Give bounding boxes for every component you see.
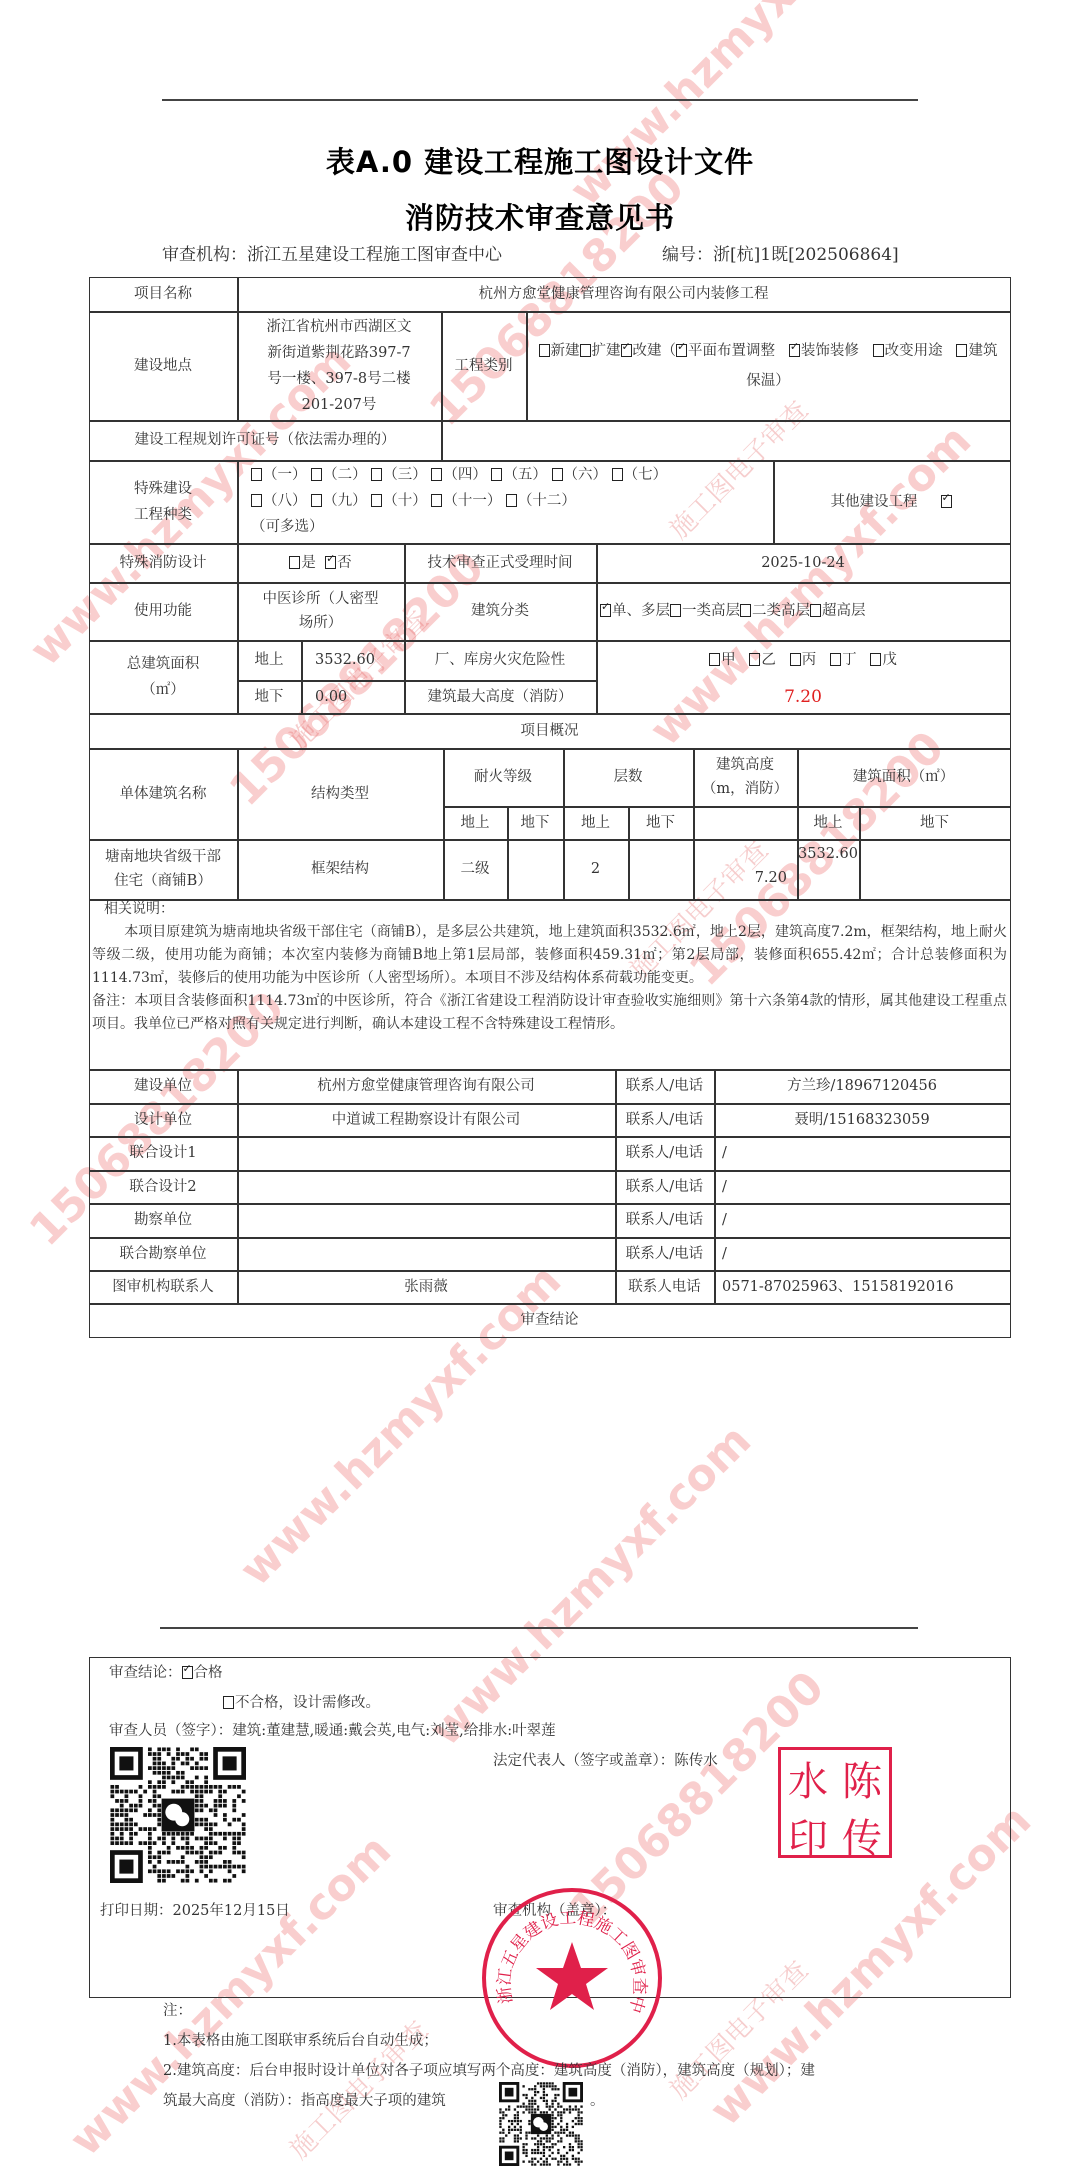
checkbox-icon	[580, 344, 591, 357]
special-options-row2: （八） （九） （十） （十一） （十二）	[251, 488, 769, 514]
checkbox-icon	[870, 653, 881, 666]
special-fire-options: 是 否	[237, 543, 404, 582]
checked-box-icon	[325, 556, 336, 569]
unit-label: 勘察单位	[89, 1203, 237, 1237]
site-label: 建设地点	[89, 311, 237, 420]
hazard-label: 厂、库房火灾危险性	[404, 640, 596, 680]
checkbox-icon	[371, 468, 382, 481]
unit-label: 设计单位	[89, 1103, 237, 1136]
conclusion-line: 审查结论：合格	[109, 1661, 223, 1682]
accept-time: 2025-10-24	[596, 543, 1010, 582]
checkbox-special-12[interactable]: （十二）	[506, 493, 576, 509]
accept-time-label: 技术审查正式受理时间	[404, 543, 596, 582]
note-item: 1.本表格由施工图联审系统后台自动生成；	[163, 2029, 438, 2050]
description-heading: 相关说明：	[92, 898, 1007, 921]
contact-value: /	[714, 1237, 1010, 1270]
special-type-options: （一） （二） （三） （四） （五） （六） （七） （八） （九） （十） …	[237, 460, 773, 543]
unit-name	[237, 1237, 615, 1270]
contact-label: 联系人/电话	[615, 1103, 714, 1136]
reviewers: 审查人员（签字）：建筑:董建慧,暖通:戴会英,电气:刘莹,给排水:叶翠莲	[109, 1719, 556, 1740]
checkbox-fail[interactable]: 不合格，设计需修改。	[223, 1691, 380, 1712]
checkbox-icon	[810, 604, 821, 617]
radio-no[interactable]: 否	[325, 550, 352, 576]
checkbox-change-use[interactable]: 改变用途	[873, 343, 943, 359]
checkbox-icon	[491, 468, 502, 481]
contact-label: 联系人/电话	[615, 1069, 714, 1103]
floors-below	[628, 839, 693, 899]
checkbox-rebuild[interactable]: 改建（	[621, 343, 677, 359]
unit-name: 杭州方愈堂健康管理咨询有限公司	[237, 1069, 615, 1103]
checkbox-icon	[749, 653, 760, 666]
checked-box-icon	[676, 344, 687, 357]
floors-above: 2	[563, 839, 628, 899]
checked-box-icon	[182, 1666, 193, 1679]
max-height-value: 7.20	[596, 680, 1010, 713]
category-options: 新建扩建改建（平面布置调整 装饰装修 改变用途 建筑保温）	[526, 311, 1010, 420]
checkbox-hazard-d[interactable]: 丁	[830, 647, 857, 673]
unit-name	[237, 1170, 615, 1203]
star-icon: 浙江五星建设工程施工图审查中心	[486, 1892, 658, 2064]
print-date: 打印日期：2025年12月15日	[100, 1899, 290, 1920]
fire-rating-below	[507, 839, 563, 899]
above-area: 3532.60	[301, 640, 404, 680]
building-name: 塘南地块省级干部住宅（商铺B）	[89, 839, 237, 899]
checkbox-special-8[interactable]: （八）	[251, 493, 307, 509]
legal-representative: 法定代表人（签字或盖章）：陈传水	[493, 1749, 718, 1770]
contact-label: 联系人/电话	[615, 1136, 714, 1170]
checkbox-icon	[790, 653, 801, 666]
checkbox-icon	[670, 604, 681, 617]
checkbox-class2-high[interactable]: 二类高层	[740, 598, 810, 624]
related-description: 相关说明： 本项目原建筑为塘南地块省级干部住宅（商铺B），是多层公共建筑，地上建…	[92, 898, 1007, 1036]
col-height: 建筑高度（m，消防）	[693, 748, 797, 806]
personal-seal-stamp: 水陈 印传	[778, 1747, 892, 1858]
special-fire-label: 特殊消防设计	[89, 543, 237, 582]
overview-title: 项目概况	[89, 713, 1010, 748]
unit-label: 图审机构联系人	[89, 1270, 237, 1303]
col-area-below: 地下	[859, 806, 1010, 839]
col-fire-below: 地下	[507, 806, 563, 839]
unit-label: 联合设计1	[89, 1136, 237, 1170]
description-body: 本项目原建筑为塘南地块省级干部住宅（商铺B），是多层公共建筑，地上建筑面积353…	[92, 921, 1007, 990]
checkbox-icon	[431, 468, 442, 481]
col-structure: 结构类型	[237, 748, 443, 839]
checkbox-low-rise[interactable]: 单、多层	[600, 598, 670, 624]
building-class-options: 单、多层一类高层二类高层超高层	[596, 582, 1010, 640]
contact-value: /	[714, 1170, 1010, 1203]
checkbox-special-6[interactable]: （六）	[552, 467, 608, 483]
permit-label: 建设工程规划许可证号（依法需办理的）	[89, 420, 441, 460]
checked-box-icon[interactable]	[941, 495, 952, 508]
col-area: 建筑面积（㎡）	[797, 748, 1010, 806]
checkbox-icon	[552, 468, 563, 481]
checkbox-new[interactable]: 新建	[539, 343, 580, 359]
checkbox-extend[interactable]: 扩建	[580, 343, 621, 359]
special-options-row1: （一） （二） （三） （四） （五） （六） （七）	[251, 462, 769, 488]
checkbox-layout[interactable]: 平面布置调整	[676, 343, 775, 359]
unit-name	[237, 1203, 615, 1237]
below-area: 0.00	[301, 680, 404, 713]
checkbox-icon	[956, 344, 967, 357]
checkbox-icon	[539, 344, 550, 357]
checkbox-icon	[311, 494, 322, 507]
checkbox-hazard-a[interactable]: 甲	[709, 647, 736, 673]
review-org: 审查机构：浙江五星建设工程施工图审查中心	[162, 240, 502, 265]
document-number: 编号：浙[杭]1既[202506864]	[662, 240, 899, 265]
fire-rating-above: 二级	[443, 839, 507, 899]
project-name: 杭州方愈堂健康管理咨询有限公司内装修工程	[237, 277, 1010, 311]
second-rule	[160, 1627, 918, 1629]
building-class-label: 建筑分类	[404, 582, 596, 640]
other-construction[interactable]: 其他建设工程	[773, 460, 1010, 543]
special-type-label: 特殊建设工程种类	[89, 460, 237, 543]
col-floors: 层数	[563, 748, 693, 806]
area-above: 3532.60	[797, 839, 859, 869]
checkbox-hazard-e[interactable]: 戊	[870, 647, 897, 673]
unit-label: 联合勘察单位	[89, 1237, 237, 1270]
category-label: 工程类别	[441, 311, 526, 420]
checkbox-icon	[873, 344, 884, 357]
permit-value	[441, 420, 1010, 460]
above-label: 地上	[237, 640, 301, 680]
note-trailing: 。	[590, 2089, 605, 2110]
contact-value: /	[714, 1203, 1010, 1237]
total-area-label: 总建筑面积（㎡）	[89, 640, 237, 713]
contact-label: 联系人/电话	[615, 1203, 714, 1237]
checkbox-pass[interactable]: 合格	[182, 1665, 223, 1681]
checkbox-icon	[289, 556, 300, 569]
checkbox-special-4[interactable]: （四）	[431, 467, 487, 483]
contact-label: 联系人/电话	[615, 1237, 714, 1270]
checkbox-icon	[311, 468, 322, 481]
checkbox-hazard-b[interactable]: 乙	[749, 647, 776, 673]
page-subtitle: 消防技术审查意见书	[0, 196, 1080, 237]
wechat-qr-code-small	[499, 2082, 583, 2166]
checkbox-icon	[830, 653, 841, 666]
checkbox-special-5[interactable]: （五）	[491, 467, 547, 483]
checkbox-decoration[interactable]: 装饰装修	[789, 343, 859, 359]
checkbox-super-high[interactable]: 超高层	[810, 598, 866, 624]
org-round-seal: 浙江五星建设工程施工图审查中心	[482, 1888, 662, 2068]
checkbox-icon	[709, 653, 720, 666]
col-floors-above: 地上	[563, 806, 628, 839]
checkbox-icon	[612, 468, 623, 481]
project-name-label: 项目名称	[89, 277, 237, 311]
below-label: 地下	[237, 680, 301, 713]
structure-type: 框架结构	[237, 839, 443, 899]
contact-value: 0571-87025963、15158192016	[714, 1270, 1010, 1303]
unit-name: 中道诚工程勘察设计有限公司	[237, 1103, 615, 1136]
checkbox-special-9[interactable]: （九）	[311, 493, 367, 509]
checkbox-class1-high[interactable]: 一类高层	[670, 598, 740, 624]
col-area-above: 地上	[797, 806, 859, 839]
function-value: 中医诊所（人密型场所）	[237, 582, 404, 640]
checked-box-icon	[621, 344, 632, 357]
checkbox-icon	[371, 494, 382, 507]
checkbox-special-1[interactable]: （一）	[251, 467, 307, 483]
checkbox-special-3[interactable]: （三）	[371, 467, 427, 483]
function-label: 使用功能	[89, 582, 237, 640]
contact-value: 聂明/15168323059	[714, 1103, 1010, 1136]
hazard-options: 甲 乙 丙 丁 戊	[596, 640, 1010, 680]
contact-value: /	[714, 1136, 1010, 1170]
checked-box-icon	[789, 344, 800, 357]
description-remark: 备注：本项目含装修面积1114.73㎡的中医诊所，符合《浙江省建设工程消防设计审…	[92, 990, 1007, 1036]
col-building-name: 单体建筑名称	[89, 748, 237, 839]
contact-label: 联系人电话	[615, 1270, 714, 1303]
col-fire-above: 地上	[443, 806, 507, 839]
checked-box-icon	[600, 604, 611, 617]
checkbox-icon	[740, 604, 751, 617]
radio-yes[interactable]: 是	[289, 550, 316, 576]
note-item: 筑最大高度（消防）：指高度最大子项的建筑	[163, 2089, 446, 2110]
checkbox-icon	[431, 494, 442, 507]
checkbox-icon	[251, 468, 262, 481]
page-title: 表A.0 建设工程施工图设计文件	[0, 140, 1080, 181]
unit-label: 联合设计2	[89, 1170, 237, 1203]
checkbox-special-2[interactable]: （二）	[311, 467, 367, 483]
col-floors-below: 地下	[628, 806, 693, 839]
checkbox-icon	[251, 494, 262, 507]
site-address: 浙江省杭州市西湖区文 新街道紫荆花路397-7 号一楼、397-8号二楼 201…	[237, 311, 441, 420]
checkbox-icon	[223, 1696, 234, 1709]
multi-select-hint: （可多选）	[251, 514, 769, 540]
col-fire-rating: 耐火等级	[443, 748, 563, 806]
contact-label: 联系人/电话	[615, 1170, 714, 1203]
note-item: 2.建筑高度：后台申报时设计单位对各子项应填写两个高度：建筑高度（消防），建筑高…	[163, 2059, 815, 2080]
checkbox-special-11[interactable]: （十一）	[431, 493, 501, 509]
notes-heading: 注：	[163, 1999, 192, 2020]
unit-label: 建设单位	[89, 1069, 237, 1103]
wechat-qr-code	[110, 1747, 246, 1883]
checkbox-hazard-c[interactable]: 丙	[790, 647, 817, 673]
unit-name	[237, 1136, 615, 1170]
watermark-site: www.hzmyxf.com	[560, 0, 901, 216]
checkbox-special-10[interactable]: （十）	[371, 493, 427, 509]
top-rule	[162, 99, 918, 101]
max-height-label: 建筑最大高度（消防）	[404, 680, 596, 713]
conclusion-header: 审查结论	[89, 1303, 1010, 1337]
area-below	[859, 839, 1010, 899]
unit-name: 张雨薇	[237, 1270, 615, 1303]
contact-value: 方兰珍/18967120456	[714, 1069, 1010, 1103]
checkbox-icon	[506, 494, 517, 507]
checkbox-special-7[interactable]: （七）	[612, 467, 668, 483]
